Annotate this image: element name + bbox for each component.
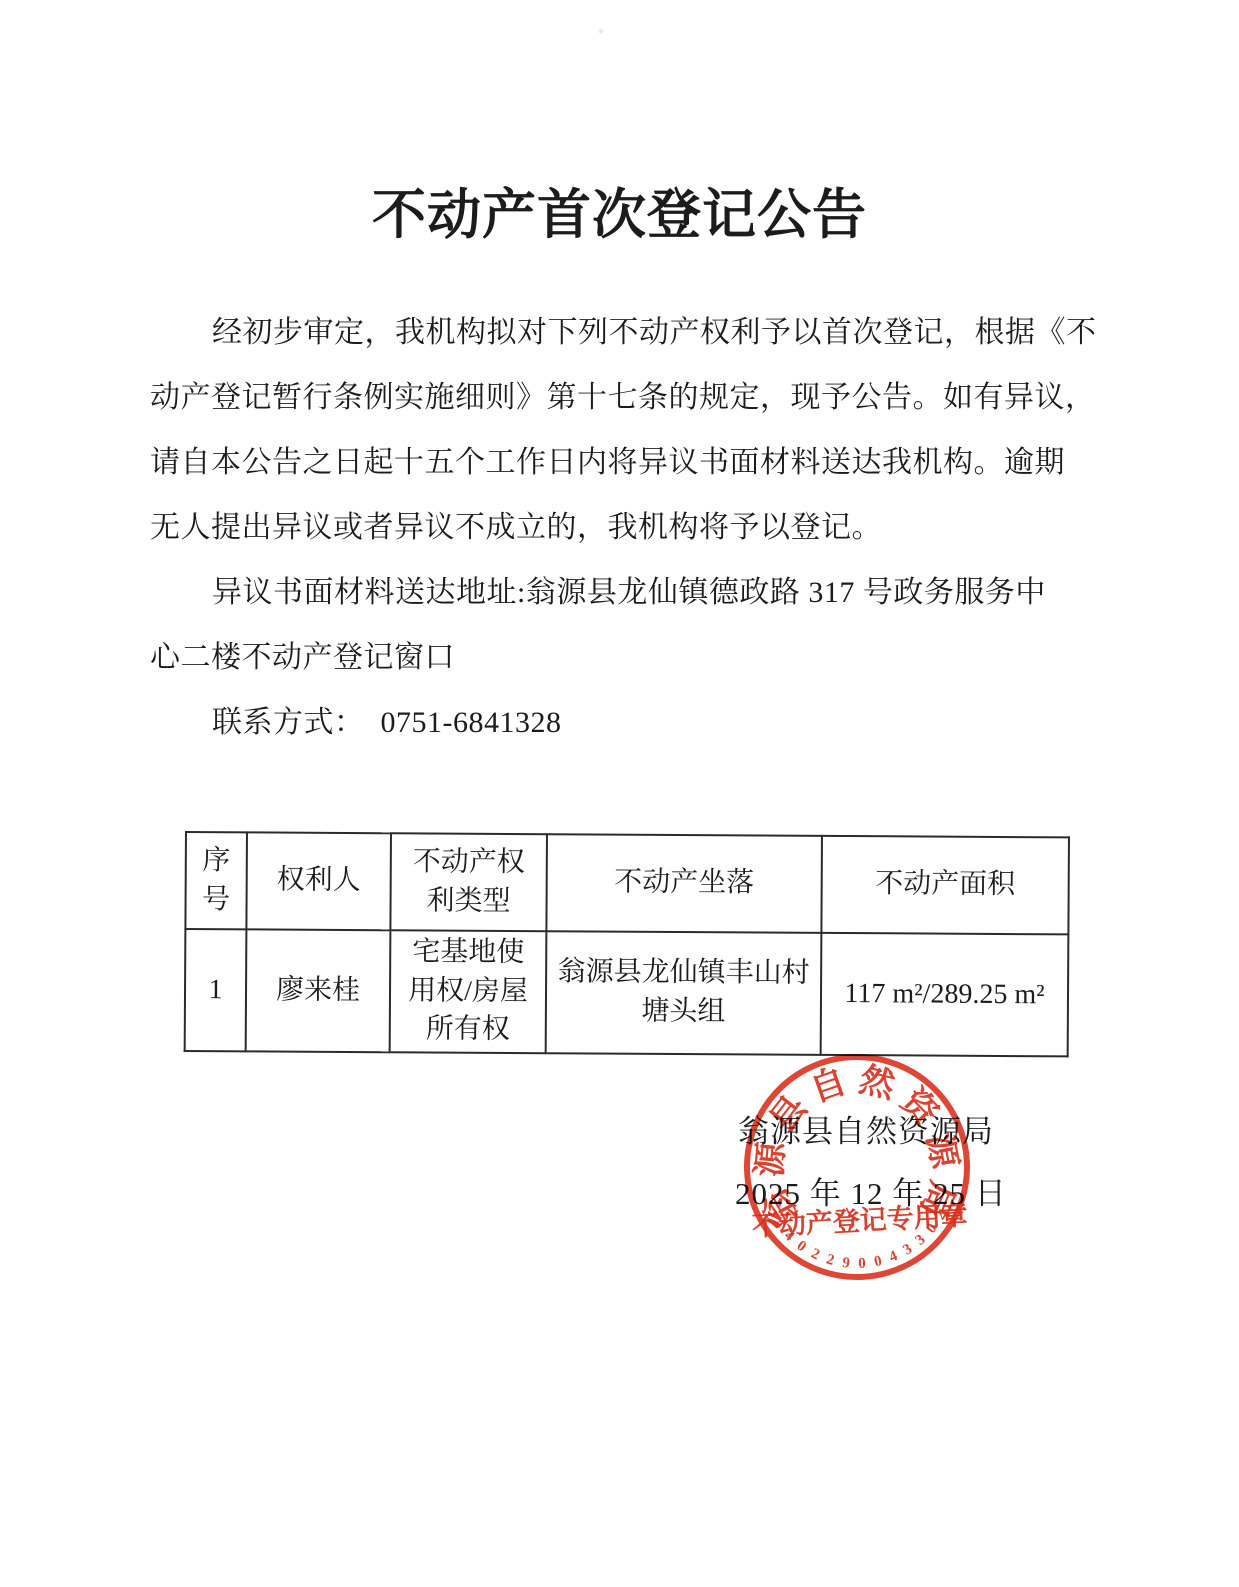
cell-location: 翁源县龙仙镇丰山村塘头组 [546,931,822,1055]
body-line-2: 动产登记暂行条例实施细则》第十七条的规定，现予公告。如有异议， [150,365,1080,430]
document-page: 不动产首次登记公告 经初步审定，我机构拟对下列不动产权利予以首次登记，根据《不 … [0,0,1239,1587]
stamp-serial-digit: 3 [897,1239,919,1261]
official-stamp: 翁 源 县 自 然 资 源 局 不动产登记专用章 4 4 0 2 2 9 0 0… [738,1048,976,1286]
document-title: 不动产首次登记公告 [0,172,1239,249]
document-body: 经初步审定，我机构拟对下列不动产权利予以首次登记，根据《不 动产登记暂行条例实施… [150,300,1080,755]
cell-right-type: 宅基地使用权/房屋所有权 [390,930,547,1053]
stamp-serial-digit: 0 [854,1255,871,1272]
header-cell-holder: 权利人 [246,832,391,930]
property-table: 序号 权利人 不动产权利类型 不动产坐落 不动产面积 1 廖来桂 宅基地使用权/… [184,831,1070,1057]
scan-artifact [588,24,614,38]
stamp-serial-digit: 4 [778,1225,801,1248]
body-line-1: 经初步审定，我机构拟对下列不动产权利予以首次登记，根据《不 [150,300,1080,365]
header-cell-location: 不动产坐落 [546,834,822,933]
stamp-serial-digit: 4 [883,1247,904,1268]
cell-area: 117 m²/289.25 m² [821,933,1069,1056]
body-line-5: 异议书面材料送达地址:翁源县龙仙镇德政路 317 号政务服务中 [150,560,1080,625]
signature-date: 2025 年 12 年 25 日 [735,1168,1007,1213]
body-line-4: 无人提出异议或者异议不成立的，我机构将予以登记。 [150,495,1080,560]
table-header-row: 序号 权利人 不动产权利类型 不动产坐落 不动产面积 [185,832,1069,934]
stamp-serial-digit: 0 [868,1252,887,1271]
header-cell-area: 不动产面积 [821,836,1069,935]
stamp-ring-char: 然 [854,1060,900,1106]
body-line-3: 请自本公告之日起十五个工作日内将异议书面材料送达我机构。逾期 [150,430,1080,495]
header-cell-index: 序号 [185,832,247,929]
stamp-serial-digit: 0 [790,1235,812,1257]
stamp-serial-digit: 0 [921,1217,944,1240]
stamp-ring-char: 自 [804,1062,852,1110]
stamp-serial-digit: 9 [837,1255,855,1273]
stamp-serial-digit: 2 [820,1250,840,1270]
cell-index: 1 [185,929,247,1051]
body-line-6: 心二楼不动产登记窗口 [150,625,1080,690]
stamp-serial-digit: 4 [767,1213,789,1235]
stamp-serial-digit: 2 [805,1244,826,1265]
stamp-ring-circle [738,1048,976,1286]
cell-holder: 廖来桂 [246,929,391,1052]
header-cell-right-type: 不动产权利类型 [390,833,547,931]
signature-org: 翁源县自然资源局 [738,1106,994,1151]
table-row: 1 廖来桂 宅基地使用权/房屋所有权 翁源县龙仙镇丰山村塘头组 117 m²/2… [185,929,1069,1056]
stamp-serial-digit: 3 [909,1229,932,1252]
body-line-7: 联系方式： 0751-6841328 [150,690,1080,755]
